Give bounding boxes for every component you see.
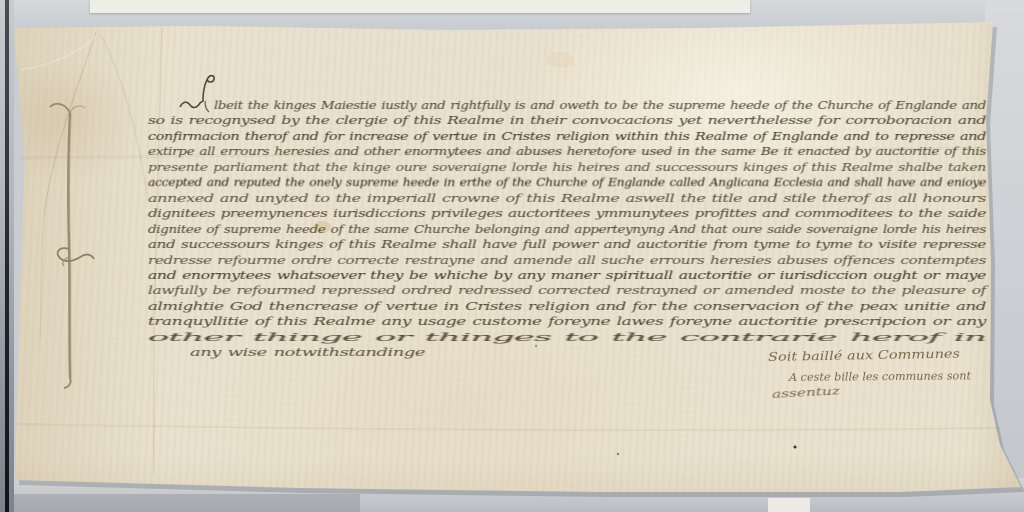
manuscript-line: redresse refourme ordre correcte restray… [148, 253, 986, 267]
photo-background: lbeit the kinges Maiestie iustly and rig… [0, 0, 1024, 512]
endorsement-commons-assent: A ceste bille les communes sont [789, 369, 971, 384]
manuscript-line: accepted and reputed the onely supreme h… [148, 175, 986, 189]
manuscript-line: any wise notwithstandinge [190, 345, 425, 359]
manuscript-line: so is recognysed by the clergie of this … [148, 113, 986, 127]
mount-edge-dark-strip [5, 0, 9, 512]
paper-tab [768, 498, 810, 512]
manuscript-line: tranquyllitie of this Realme any usage c… [148, 314, 986, 328]
manuscript-line: almightie God thencrease of vertue in Cr… [148, 299, 986, 313]
table-shadow-bottom-left [0, 494, 360, 512]
manuscript-line: presente parliament that the kinge oure … [148, 160, 986, 174]
manuscript-text-block: lbeit the kinges Maiestie iustly and rig… [148, 98, 988, 366]
manuscript-line: other thinge or thinges to the contrarie… [148, 330, 986, 344]
manuscript-line: lbeit the kinges Maiestie iustly and rig… [214, 98, 986, 112]
manuscript-line: lawfully be refourmed repressed ordred r… [148, 283, 986, 297]
manuscript-line: dignitees preemynences iurisdiccions pri… [148, 206, 986, 220]
backing-sheet [90, 0, 750, 13]
manuscript-line: and enormytees whatsoever they be whiche… [148, 268, 986, 282]
manuscript-line: annexed and unyted to the imperiall crow… [148, 191, 986, 205]
manuscript-line: and successours kinges of this Realme sh… [148, 237, 986, 251]
manuscript-line: confirmacion therof and for increase of … [148, 129, 986, 143]
manuscript-line: extirpe all errours heresies and other e… [148, 144, 986, 158]
manuscript-line: dignitee of supreme heede of the same Ch… [148, 222, 986, 236]
